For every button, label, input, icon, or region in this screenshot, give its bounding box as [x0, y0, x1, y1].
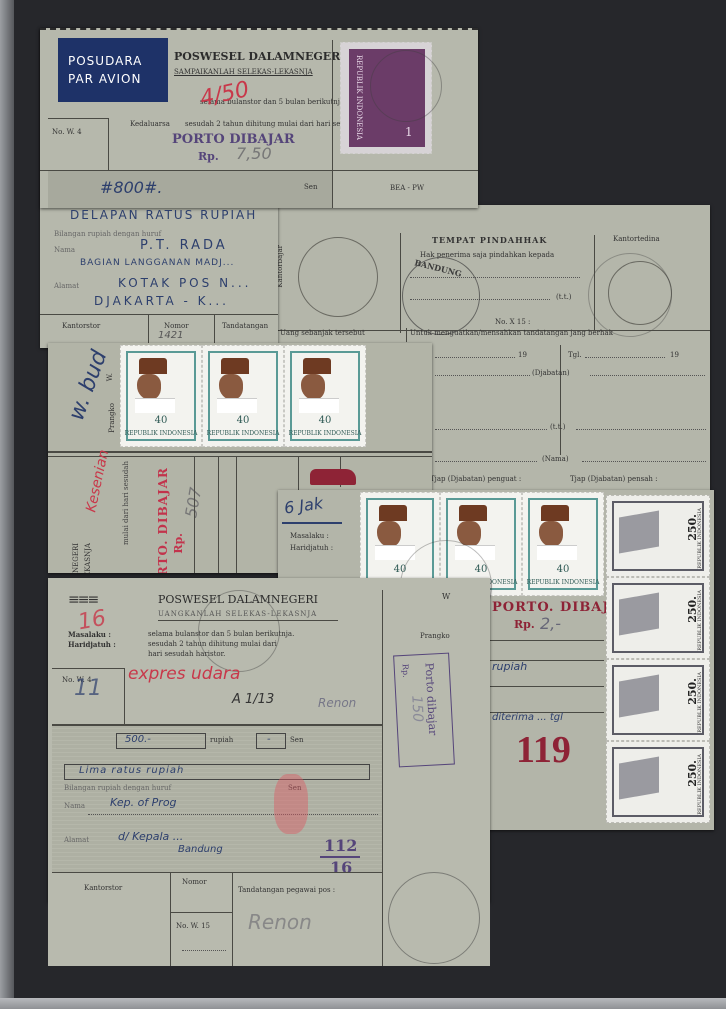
stamp-40-c: 40REPUBLIK INDONESIA [284, 345, 366, 447]
post-logo-icon: ≡≡≡ [68, 592, 97, 608]
stockbook-page-edge [0, 0, 14, 1009]
red-handwritten-mark: 4/50 [198, 77, 252, 112]
form1-lower: DELAPAN RATUS RUPIAH Bilangan rupiah den… [40, 206, 278, 346]
stamp-250-d: 250.REPUBLIK INDONESIA [606, 741, 710, 823]
porto-cachet: PORTO DIBAJAR [172, 132, 295, 147]
stamp-40-f: 40REPUBLIK INDONESIA [522, 492, 604, 596]
sen-box: - [256, 733, 286, 749]
form5-footer: No. W. 15 Renon [48, 902, 490, 966]
postmark [388, 872, 480, 964]
form-title: POSWESEL DALAMNEGERI [174, 50, 345, 63]
stamp-250-b: 250.REPUBLIK INDONESIA [606, 577, 710, 659]
airmail-label: POSUDARA PAR AVION [58, 38, 168, 102]
porto-box-cachet: Porto dibajar Rp. 150 [393, 653, 455, 768]
stamp-250-c: 250.REPUBLIK INDONESIA [606, 659, 710, 741]
red-cachet-blob [274, 774, 308, 834]
cancel-circle [298, 237, 378, 317]
section-title: TEMPAT PINDAHHAK [432, 235, 547, 245]
form-subtitle: SAMPAIKANLAH SELEKAS-LEKASNJA [174, 68, 313, 76]
money-order-airmail-form-right: POSUDARA PAR AVION POSWESEL DALAMNEGERI … [40, 28, 478, 208]
amount-numeric: #800#. [100, 178, 162, 197]
amount-words-box: Lima ratus rupiah [64, 764, 370, 780]
payee-name: P.T. RADA [140, 238, 228, 253]
stockbook-strip-edge [0, 998, 726, 1009]
form-ref: No. X 15 : [495, 318, 530, 326]
porto-cachet: PORTO. DIBAJAR [156, 467, 170, 573]
red-handwritten-note: expres udara [128, 664, 240, 684]
form-number: No. W. 4 [52, 128, 82, 136]
money-order-form-front: ≡≡≡ POSWESEL DALAMNEGERI UANGKANLAH SELE… [48, 578, 490, 902]
stamp-40-b: 40REPUBLIK INDONESIA [202, 345, 284, 447]
stamp-250-a: 250.REPUBLIK INDONESIA [606, 495, 710, 577]
elephant-cachet [310, 469, 356, 485]
amount-words: DELAPAN RATUS RUPIAH [70, 208, 257, 222]
stamp-40-a: 40REPUBLIK INDONESIA [120, 345, 202, 447]
due-number: 119 [516, 728, 571, 772]
amount-numeric-box: 500.- [116, 733, 206, 749]
